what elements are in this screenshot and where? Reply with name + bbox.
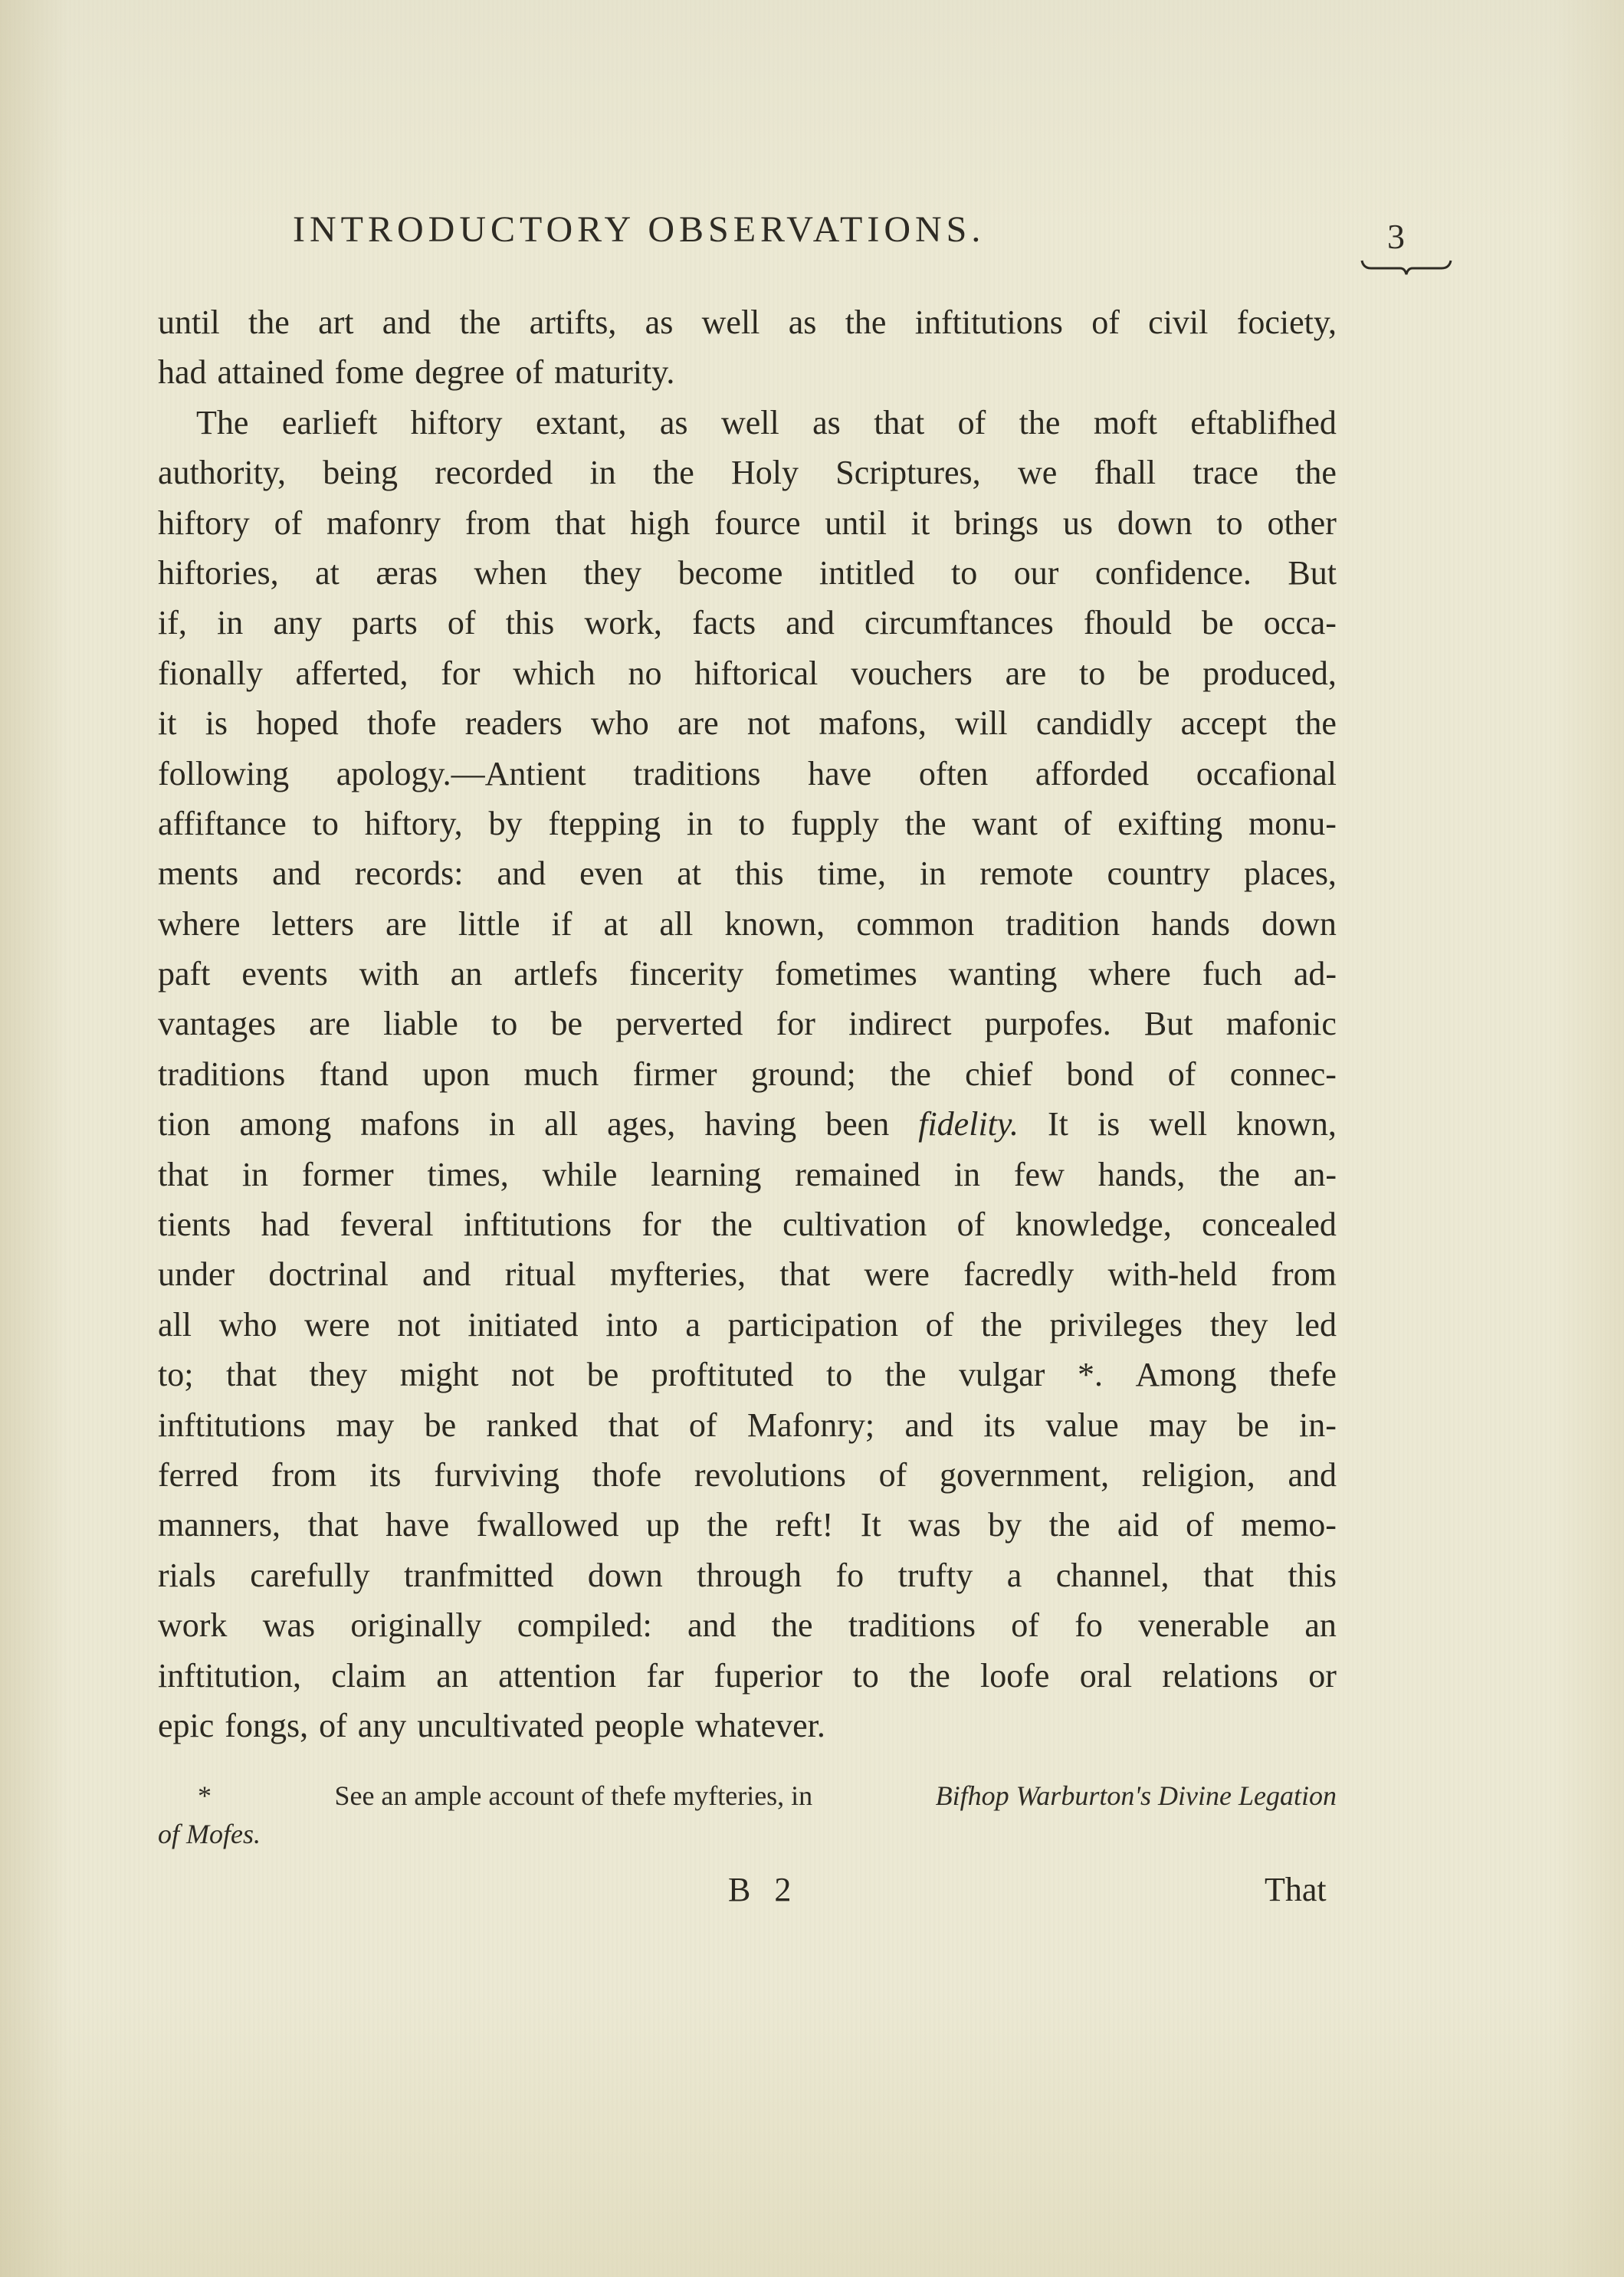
word: well (1149, 1099, 1207, 1149)
word: may (336, 1400, 394, 1450)
word: they (309, 1350, 367, 1399)
word: a (1007, 1550, 1022, 1600)
word: memo- (1241, 1500, 1337, 1550)
word: tients (158, 1199, 231, 1249)
word: led (1295, 1300, 1337, 1350)
footnote-line-1: * See an ample account of thefe myfterie… (158, 1777, 1337, 1815)
word: fhall (1094, 448, 1156, 497)
word: mafons (360, 1099, 460, 1149)
word: are (677, 698, 719, 748)
word: this (735, 848, 784, 898)
word: of (1011, 1600, 1039, 1650)
word: are (1006, 648, 1047, 698)
word: inftitutions (158, 1400, 306, 1450)
word: through (697, 1550, 802, 1600)
word: people (595, 1701, 684, 1750)
word: hands (1151, 899, 1230, 949)
word: mafons, (819, 698, 927, 748)
word: well (721, 398, 779, 448)
word: fome (335, 347, 404, 397)
word: from (465, 498, 531, 548)
word: occa- (1264, 598, 1337, 648)
word: revolutions (694, 1450, 846, 1500)
word: from (271, 1450, 337, 1500)
word: or (1308, 1651, 1337, 1701)
word: monu- (1248, 799, 1337, 848)
word: they (583, 548, 641, 598)
word: the (1295, 698, 1337, 748)
word: epic (158, 1701, 214, 1750)
word: of (957, 1199, 986, 1249)
text-line: untiltheartandtheartifts,aswellastheinft… (158, 297, 1337, 347)
word: mafonic (1226, 999, 1337, 1048)
text-line: ferredfromitsfurvivingthoferevolutionsof… (158, 1450, 1337, 1500)
word: might (400, 1350, 479, 1399)
signature-mark: B 2 (728, 1870, 799, 1909)
word: upon (422, 1049, 490, 1099)
word: that (555, 498, 605, 548)
word: us (1063, 498, 1093, 548)
word: with-held (1108, 1249, 1238, 1299)
word: it (911, 498, 930, 548)
word: events (241, 949, 327, 999)
word: the (885, 1350, 927, 1399)
word: all (544, 1099, 578, 1149)
word: with (359, 949, 419, 999)
word: of (879, 1450, 907, 1500)
word: and (904, 1400, 953, 1450)
word: not (747, 698, 790, 748)
word: art (318, 297, 353, 347)
footnote-text-roman: See an ample account of thefe myfteries,… (334, 1777, 812, 1815)
word: of (689, 1400, 717, 1450)
word: even (579, 848, 643, 898)
word: be (1138, 648, 1170, 698)
word: work (158, 1600, 227, 1650)
text-line: epicfongs,ofanyuncultivatedpeoplewhateve… (158, 1701, 1337, 1750)
word: government, (940, 1450, 1109, 1500)
word: for (776, 999, 815, 1048)
word: It (1048, 1099, 1068, 1149)
word: afferted, (296, 648, 408, 698)
word: well (702, 297, 760, 347)
word: following (158, 749, 289, 799)
text-line: traditionsftanduponmuchfirmerground;thec… (158, 1049, 1337, 1099)
word: work, (584, 598, 661, 648)
word: country (1107, 848, 1210, 898)
word: the (981, 1300, 1022, 1350)
word: loofe (980, 1651, 1049, 1701)
word: not (511, 1350, 554, 1399)
word: this (1288, 1550, 1337, 1600)
word: in (489, 1099, 515, 1149)
word: proftituted (651, 1350, 794, 1399)
word: the (707, 1500, 748, 1550)
footnote: * See an ample account of thefe myfterie… (158, 1777, 1337, 1853)
word: known, (1236, 1099, 1337, 1149)
word: purpofes. (985, 999, 1111, 1048)
word: the (905, 799, 947, 848)
word: Among (1135, 1350, 1236, 1399)
word: value (1045, 1400, 1118, 1450)
word: the (653, 448, 694, 497)
word: is (205, 698, 228, 748)
word: fuch (1202, 949, 1262, 999)
word: to; (158, 1350, 193, 1399)
word: the (248, 297, 290, 347)
word: trace (1193, 448, 1258, 497)
word: indirect (848, 999, 951, 1048)
word: ad- (1294, 949, 1337, 999)
word: an (436, 1651, 468, 1701)
word: and (272, 848, 321, 898)
word: having (704, 1099, 796, 1149)
word: religion, (1142, 1450, 1255, 1500)
word: traditions (158, 1049, 285, 1099)
word: mafonry (326, 498, 441, 548)
word: attained (218, 347, 324, 397)
running-head: INTRODUCTORY OBSERVATIONS. (293, 208, 985, 251)
word: fo (1074, 1600, 1103, 1650)
word: initiated (468, 1300, 578, 1350)
word: was (263, 1600, 315, 1650)
word: myfteries, (610, 1249, 746, 1299)
text-line: itishopedthofereaderswhoarenotmafons,wil… (158, 698, 1337, 748)
text-line: wherelettersarelittleifatallknown,common… (158, 899, 1337, 949)
text-line: if,inanypartsofthiswork,factsandcircumft… (158, 598, 1337, 648)
word: as (645, 297, 674, 347)
word: facredly (963, 1249, 1074, 1299)
word: uncultivated (417, 1701, 584, 1750)
word: an (451, 949, 483, 999)
word: remote (979, 848, 1073, 898)
word: tradition (1006, 899, 1120, 949)
word: æras (376, 548, 438, 598)
word: fource (714, 498, 800, 548)
word: up (646, 1500, 680, 1550)
word: an- (1294, 1150, 1337, 1199)
word: ranked (487, 1400, 579, 1450)
word: as (789, 297, 817, 347)
word: degree (415, 347, 504, 397)
word: few (1014, 1150, 1065, 1199)
word: facts (692, 598, 756, 648)
word: to (826, 1350, 852, 1399)
word: of (274, 498, 303, 548)
word: ferred (158, 1450, 238, 1500)
word: who (219, 1300, 277, 1350)
word: down (1261, 899, 1337, 949)
word: was (908, 1500, 960, 1550)
word: they (1210, 1300, 1268, 1350)
word: down (1117, 498, 1193, 548)
word: much (524, 1049, 599, 1099)
text-line: hiftoryofmafonryfromthathighfourceuntili… (158, 498, 1337, 548)
word: where (158, 899, 241, 949)
text-line: Theearliefthiftoryextant,aswellasthatoft… (158, 398, 1337, 448)
word: fidelity. (918, 1099, 1019, 1149)
word: in (687, 799, 713, 848)
word: traditions (633, 749, 760, 799)
word: ritual (505, 1249, 576, 1299)
word: all (158, 1300, 192, 1350)
word: oral (1080, 1651, 1132, 1701)
word: the (711, 1199, 753, 1249)
word: are (309, 999, 350, 1048)
text-line: thatinformertimes,whilelearningremainedi… (158, 1150, 1337, 1199)
word: and (687, 1600, 737, 1650)
word: a (685, 1300, 700, 1350)
word: high (630, 498, 690, 548)
word: and (497, 848, 546, 898)
word: from (1271, 1249, 1337, 1299)
footnote-marker: * (198, 1777, 212, 1815)
word: inftitutions (915, 297, 1063, 347)
word: hiftory (158, 498, 250, 548)
word: tion (158, 1099, 210, 1149)
word: at (315, 548, 340, 598)
word: if (552, 899, 573, 949)
word: fincerity (629, 949, 743, 999)
word: the (1049, 1500, 1091, 1550)
word: affiftance (158, 799, 287, 848)
word: at (677, 848, 701, 898)
text-line: fionallyafferted,forwhichnohiftoricalvou… (158, 648, 1337, 698)
word: known, (724, 899, 825, 949)
word: The (196, 398, 248, 448)
word: that (874, 398, 924, 448)
word: become (678, 548, 783, 598)
word: down (588, 1550, 663, 1600)
word: reft! (776, 1500, 834, 1550)
word: hands, (1098, 1150, 1186, 1199)
text-line: followingapology.—Antienttraditionshaveo… (158, 749, 1337, 799)
word: that (158, 1150, 208, 1199)
word: places, (1244, 848, 1337, 898)
word: be (1237, 1400, 1269, 1450)
word: parts (352, 598, 418, 648)
word: circumftances (864, 598, 1054, 648)
word: of (1168, 1049, 1196, 1099)
word: the (890, 1049, 931, 1099)
text-line: manners,thathavefwallowedupthereft!Itwas… (158, 1500, 1337, 1550)
word: be (1202, 598, 1234, 648)
catchword: That (1265, 1870, 1327, 1909)
word: often (919, 749, 988, 799)
word: fongs, (225, 1701, 308, 1750)
word: inftitution, (158, 1651, 301, 1701)
word: knowledge, (1015, 1199, 1172, 1249)
word: civil (1148, 297, 1208, 347)
word: for (641, 1199, 681, 1249)
word: this (506, 598, 555, 648)
word: cultivation (782, 1199, 927, 1249)
word: have (385, 1500, 449, 1550)
text-line: workwasoriginallycompiled:andthetraditio… (158, 1600, 1337, 1650)
text-line: tientshadfeveralinftitutionsforthecultiv… (158, 1199, 1337, 1249)
word: whatever. (695, 1701, 825, 1750)
text-line: hadattainedfomedegreeofmaturity. (158, 347, 1337, 397)
word: far (646, 1651, 684, 1701)
word: paft (158, 949, 210, 999)
word: records: (355, 848, 464, 898)
word: perverted (615, 999, 743, 1048)
word: by (988, 1500, 1022, 1550)
word: as (812, 398, 841, 448)
word: while (543, 1150, 618, 1199)
word: time, (818, 848, 886, 898)
word: former (302, 1150, 394, 1199)
word: in (217, 598, 243, 648)
word: brings (954, 498, 1038, 548)
word: furviving (434, 1450, 559, 1500)
word: thefe (1269, 1350, 1337, 1399)
word: in (954, 1150, 980, 1199)
body-text: untiltheartandtheartifts,aswellastheinft… (158, 297, 1337, 1750)
word: want (972, 799, 1038, 848)
text-line: affiftancetohiftory,byfteppingintofupply… (158, 799, 1337, 848)
word: chief (965, 1049, 1032, 1099)
word: Holy (731, 448, 799, 497)
word: into (605, 1300, 658, 1350)
word: fometimes (775, 949, 917, 999)
word: But (1288, 548, 1337, 598)
word: its (983, 1400, 1015, 1450)
word: are (385, 899, 427, 949)
word: originally (350, 1600, 481, 1650)
word: where (1088, 949, 1171, 999)
word: eftablifhed (1190, 398, 1337, 448)
text-line: rialscarefullytranfmitteddownthroughfotr… (158, 1550, 1337, 1600)
page-number-bracket-icon (1360, 259, 1452, 277)
word: trufty (898, 1550, 973, 1600)
word: in- (1299, 1400, 1337, 1450)
text-line: inftitution,claimanattentionfarfuperiort… (158, 1651, 1337, 1701)
word: liable (383, 999, 458, 1048)
text-line: hiftories,atæraswhentheybecomeintitledto… (158, 548, 1337, 598)
word: artlefs (513, 949, 598, 999)
word: manners, (158, 1500, 281, 1550)
text-line: pafteventswithanartlefsfincerityfometime… (158, 949, 1337, 999)
word: when (474, 548, 547, 598)
text-line: authority,beingrecordedintheHolyScriptur… (158, 448, 1337, 497)
word: be (425, 1400, 457, 1450)
word: at (604, 899, 628, 949)
word: the (1219, 1150, 1260, 1199)
word: common (856, 899, 974, 949)
word: were (864, 1249, 930, 1299)
footnote-text-italic: Bifhop Warburton's Divine Legation (936, 1777, 1337, 1815)
word: any (358, 1701, 407, 1750)
word: extant, (536, 398, 627, 448)
word: aid (1117, 1500, 1159, 1550)
word: not (397, 1300, 440, 1350)
word: learning (651, 1150, 761, 1199)
word: were (304, 1300, 370, 1350)
word: is (1097, 1099, 1120, 1149)
word: ages, (607, 1099, 675, 1149)
text-line: inftitutionsmayberankedthatofMafonry;and… (158, 1400, 1337, 1450)
word: will (955, 698, 1007, 748)
word: of (1091, 297, 1120, 347)
word: be (587, 1350, 619, 1399)
word: the (460, 297, 501, 347)
word: hiftorical (694, 648, 818, 698)
word: earlieft (282, 398, 378, 448)
word: under (158, 1249, 235, 1299)
word: the (772, 1600, 813, 1650)
word: fo (835, 1550, 864, 1600)
word: that (226, 1350, 277, 1399)
word: feveral (340, 1199, 434, 1249)
word: ground; (751, 1049, 856, 1099)
word: rials (158, 1550, 216, 1600)
word: may (1149, 1400, 1207, 1450)
word: which (513, 648, 595, 698)
word: fuperior (714, 1651, 822, 1701)
word: fupply (791, 799, 879, 848)
word: of (1064, 799, 1092, 848)
word: recorded (435, 448, 553, 497)
word: remained (795, 1150, 920, 1199)
word: It (861, 1500, 881, 1550)
word: intitled (819, 548, 915, 598)
word: vulgar (959, 1350, 1045, 1399)
word: to (1079, 648, 1105, 698)
word: it (158, 698, 176, 748)
word: attention (498, 1651, 616, 1701)
word: all (659, 899, 693, 949)
word: doctrinal (268, 1249, 388, 1299)
word: by (488, 799, 522, 848)
word: that (308, 1500, 359, 1550)
word: to (739, 799, 765, 848)
footnote-line-2: of Mofes. (158, 1815, 1337, 1853)
word: in (242, 1150, 268, 1199)
text-line: vantagesareliabletobepervertedforindirec… (158, 999, 1337, 1048)
word: of (319, 1701, 347, 1750)
text-line: to;thattheymightnotbeproftitutedtothevul… (158, 1350, 1337, 1399)
word: fhould (1084, 598, 1172, 648)
word: fociety, (1237, 297, 1337, 347)
word: thofe (367, 698, 436, 748)
word: until (158, 297, 220, 347)
word: have (808, 749, 871, 799)
word: vantages (158, 999, 276, 1048)
text-line: allwhowerenotinitiatedintoaparticipation… (158, 1300, 1337, 1350)
word: relations (1162, 1651, 1278, 1701)
book-page: INTRODUCTORY OBSERVATIONS. 3 untiltheart… (0, 0, 1624, 2277)
text-line: mentsandrecords:andevenatthistime,inremo… (158, 848, 1337, 898)
word: little (458, 899, 520, 949)
word: for (441, 648, 480, 698)
word: artifts, (530, 297, 617, 347)
word: of (926, 1300, 954, 1350)
word: its (369, 1450, 402, 1500)
word: inftitutions (464, 1199, 612, 1249)
word: compiled: (517, 1600, 652, 1650)
word: afforded (1035, 749, 1149, 799)
word: had (261, 1199, 310, 1249)
word: any (273, 598, 322, 648)
word: *. (1078, 1350, 1103, 1399)
word: channel, (1056, 1550, 1170, 1600)
word: ftepping (548, 799, 661, 848)
word: the (1019, 398, 1061, 448)
word: no (628, 648, 661, 698)
word: and (786, 598, 835, 648)
word: hiftory, (365, 799, 463, 848)
